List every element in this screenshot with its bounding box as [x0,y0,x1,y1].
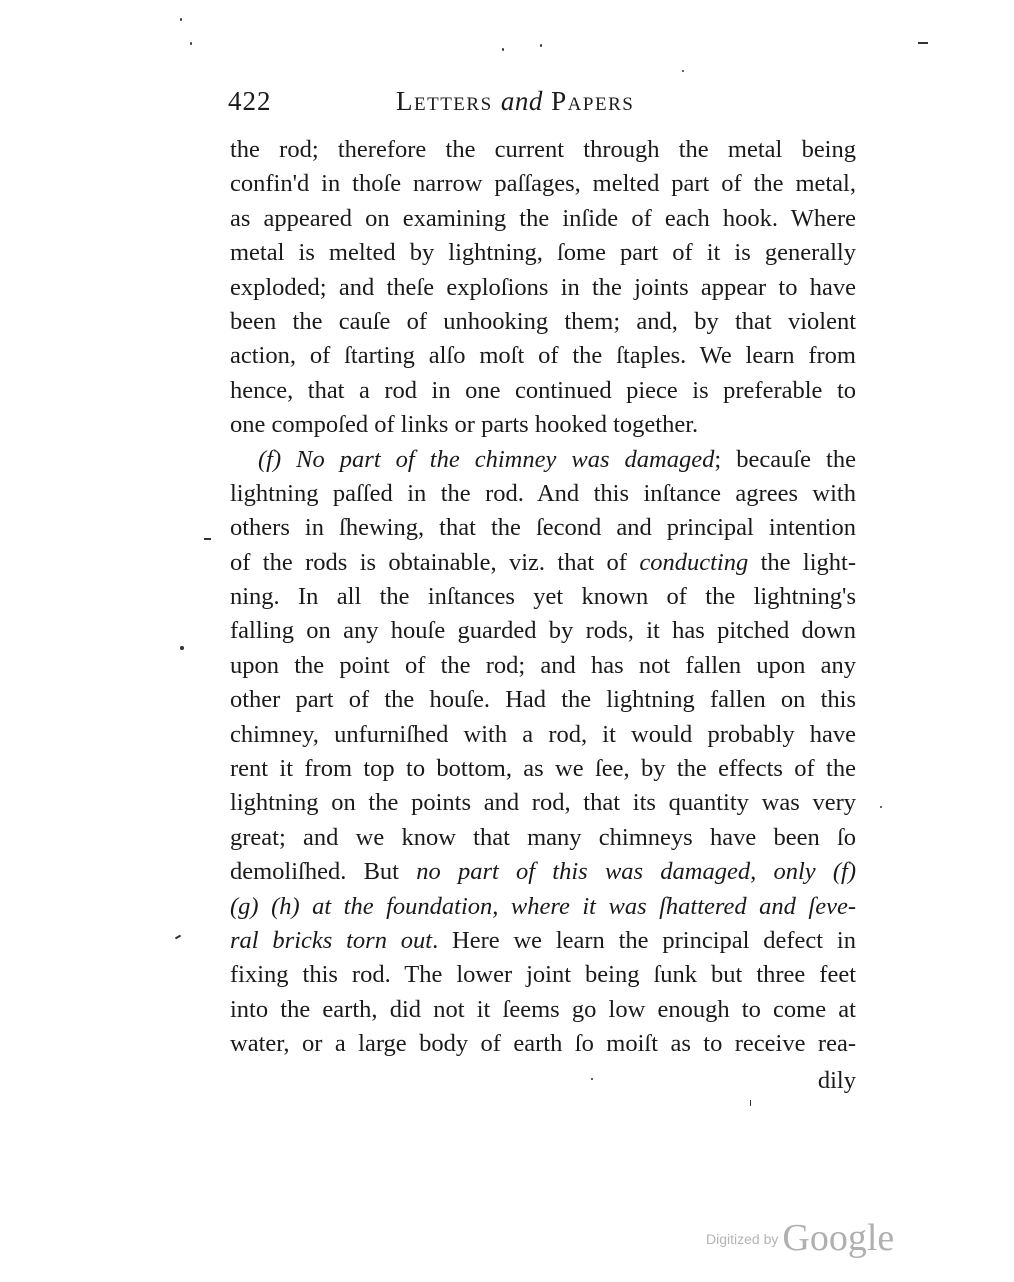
text-segment: lightning on the points and rod, that it… [230,789,856,816]
text-line: of the rods is obtainable, viz. that of … [230,546,856,580]
digitized-by-google-watermark: Digitized by Google [706,1216,894,1260]
scan-speck [918,42,928,44]
scan-speck [750,1100,751,1106]
text-segment: metal is melted by lightning, ſome part … [230,239,856,266]
text-segment: into the earth, did not it ſeems go low … [230,996,856,1023]
text-line: one compoſed of links or parts hooked to… [230,408,856,442]
text-line: (g) (h) at the foundation, where it was … [230,890,856,924]
scan-speck [180,646,184,650]
text-line: rent it from top to bottom, as we ſee, b… [230,752,856,786]
text-line: falling on any houſe guarded by rods, it… [230,614,856,648]
running-head-title-part2: Papers [543,86,634,116]
text-segment: been the cauſe of unhooking them; and, b… [230,308,856,335]
text-segment: other part of the houſe. Had the lightni… [230,686,856,713]
text-segment: hence, that a rod in one continued piece… [230,377,856,404]
google-logo-text: Google [782,1217,894,1259]
text-segment: confin'd in thoſe narrow paſſages, melte… [230,170,856,197]
text-segment: water, or a large body of earth ſo moiſt… [230,1030,856,1057]
text-line: metal is melted by lightning, ſome part … [230,236,856,270]
text-line: demoliſhed. But no part of this was dama… [230,855,856,889]
text-segment: great; and we know that many chimneys ha… [230,824,856,851]
running-head-title-italic: and [501,86,543,116]
text-segment: rent it from top to bottom, as we ſee, b… [230,755,856,782]
text-line: exploded; and theſe exploſions in the jo… [230,271,856,305]
page-number: 422 [228,86,272,117]
text-segment: upon the point of the rod; and has not f… [230,652,856,679]
text-segment: one compoſed of links or parts hooked to… [230,411,698,438]
text-segment: . Here we learn the principal defect in [432,927,856,954]
text-segment: chimney, unfurniſhed with a rod, it woul… [230,721,856,748]
text-line: water, or a large body of earth ſo moiſt… [230,1027,856,1061]
text-line: great; and we know that many chimneys ha… [230,821,856,855]
text-line: the rod; therefore the current through t… [230,133,856,167]
text-segment: the light- [748,549,856,576]
text-line: ral bricks torn out. Here we learn the p… [230,924,856,958]
text-line: lightning on the points and rod, that it… [230,786,856,820]
text-line: (f) No part of the chimney was damaged; … [230,443,856,477]
running-head-title-part1: Letters [396,86,501,116]
text-line: been the cauſe of unhooking them; and, b… [230,305,856,339]
text-segment: fixing this rod. The lower joint being ſ… [230,961,856,988]
catchword: dily [230,1064,856,1098]
text-line: chimney, unfurniſhed with a rod, it woul… [230,718,856,752]
scan-speck [502,48,504,51]
scan-speck [540,44,542,47]
italic-text-segment: (g) (h) at the foundation, where it was … [230,893,856,920]
text-line: as appeared on examining the inſide of e… [230,202,856,236]
scan-speck [880,806,882,808]
text-segment: others in ſhewing, that the ſecond and p… [230,514,856,541]
text-line: confin'd in thoſe narrow paſſages, melte… [230,167,856,201]
scan-speck [175,935,181,940]
text-segment: action, of ſtarting alſo moſt of the ſta… [230,342,856,369]
text-line: fixing this rod. The lower joint being ſ… [230,958,856,992]
text-line: action, of ſtarting alſo moſt of the ſta… [230,339,856,373]
text-segment: exploded; and theſe exploſions in the jo… [230,274,856,301]
text-line: others in ſhewing, that the ſecond and p… [230,511,856,545]
italic-text-segment: conducting [639,549,748,576]
text-segment: the rod; therefore the current through t… [230,136,856,163]
running-head: 422 Letters and Papers [228,86,856,126]
text-segment: of the rods is obtainable, viz. that of [230,549,639,576]
watermark-prefix: Digitized by [706,1231,778,1247]
text-line: hence, that a rod in one continued piece… [230,374,856,408]
text-line: ning. In all the inſtances yet known of … [230,580,856,614]
scan-speck [180,18,182,21]
text-segment: falling on any houſe guarded by rods, it… [230,617,856,644]
text-segment: demoliſhed. But [230,858,416,885]
scan-speck [204,538,211,540]
text-segment: as appeared on examining the inſide of e… [230,205,856,232]
text-segment: ; becauſe the [714,446,856,473]
text-segment: ning. In all the inſtances yet known of … [230,583,856,610]
body-text: the rod; therefore the current through t… [230,133,856,1098]
book-page: 422 Letters and Papers the rod; therefor… [0,0,1014,1282]
text-segment: lightning paſſed in the rod. And this in… [230,480,856,507]
scan-speck [190,42,192,45]
scan-speck [682,70,684,72]
text-line: into the earth, did not it ſeems go low … [230,993,856,1027]
text-line: lightning paſſed in the rod. And this in… [230,477,856,511]
italic-text-segment: ral bricks torn out [230,927,432,954]
italic-text-segment: no part of this was damaged, only (f) [416,858,856,885]
text-line: upon the point of the rod; and has not f… [230,649,856,683]
italic-text-segment: (f) No part of the chimney was damaged [258,446,714,473]
running-head-title: Letters and Papers [396,86,634,117]
scan-speck [591,1078,593,1080]
text-line: other part of the houſe. Had the lightni… [230,683,856,717]
